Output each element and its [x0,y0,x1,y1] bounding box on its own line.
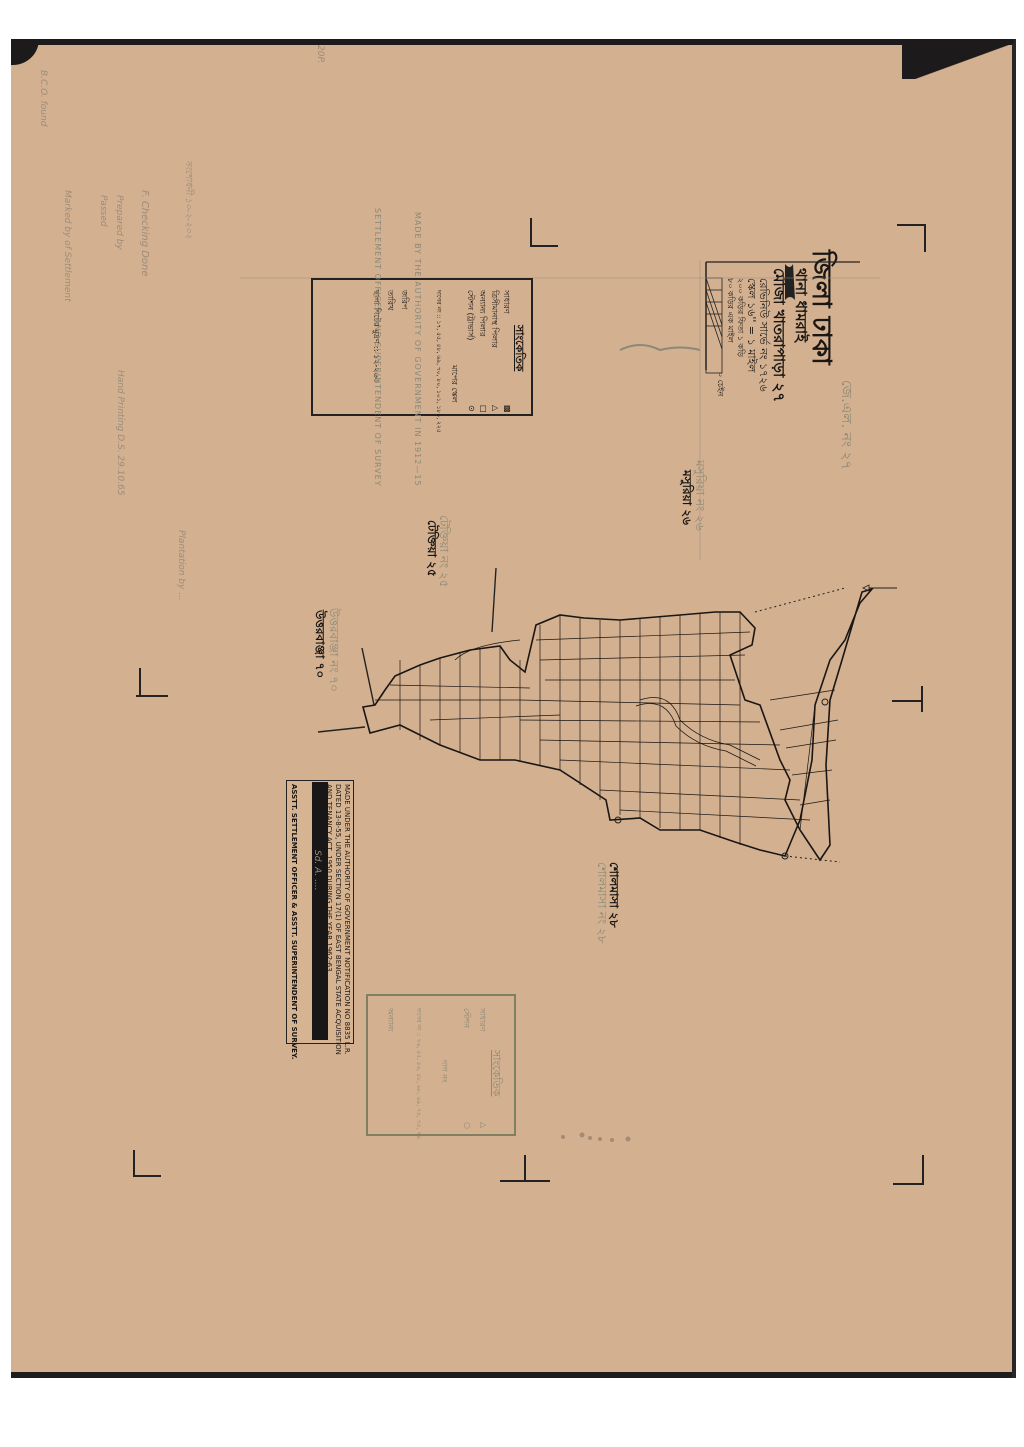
legend-row-3: অন্যান্য পিলার [475,290,488,336]
legend-date-line: তারিখ [383,290,396,310]
adjacent-mouza-faded: টেক্তিয়া নং ২৫ [432,515,452,588]
pencil-note: Marked by of Settlement [62,190,72,302]
pencil-note: 20P. [315,45,325,64]
pencil-note: Passed [98,195,108,227]
certificate-footer: ASSTT. SETTLEMENT OFFICER & ASSTT. SUPER… [290,784,298,1059]
legend2-row-2-symbol: ○ [463,1122,472,1129]
pencil-note: F. Checking Done [139,190,150,277]
legend-row-2: ত্রিসীমানাস্থ পিলার [487,290,500,348]
legend-row-4-symbol: ⊙ [467,405,476,412]
pencil-note: সংশোধনী ১০-২-২০২ [181,160,196,239]
overprint-settlement: SETTLEMENT OFFICER AND SUPERINTENDENT OF… [373,208,382,487]
adjacent-mouza-faded: মসুরিয়া নং ২৬ [688,460,708,531]
pencil-note: Prepared by [114,195,124,250]
legend-row-1-symbol: ▩ [503,405,512,413]
certificate-line-2: DATED 13-8-55, UNDER SECTION 17(1) OF EA… [334,784,342,1055]
legend2-number-line: দাগের নং :: ৭৬, ৫৫, ৫৬, ৫৮, ৬৮, ৬৯, ৭৪, … [413,1008,424,1139]
legend-title: সাংকেতিক [509,325,528,371]
certificate-line-1: MADE UNDER THE AUTHORITY OF GOVERNMENT N… [343,784,351,1055]
adjacent-mouza-faded: শোলমাসা নং ২৮ [590,862,610,944]
legend-row-4: স্টেশন (ট্রাভার্স) [463,290,476,340]
legend2-row-2: স্টেশন [459,1008,472,1028]
legend2-title: সাংকেতিক [486,1050,505,1096]
pencil-note: Hand Printing D.S. 29.10.65 [115,370,125,496]
legend-sub-heading: মাপের স্কেল [447,365,460,402]
certificate-line-3: AND TENANCY ACT, 1950 DURING THE YEAR 19… [325,784,333,974]
legend2-last-line: অন্যান্য [383,1008,396,1031]
pencil-note: B.C.O. found [38,70,48,126]
legend2-row-1: সাধারণ [475,1008,488,1032]
adjacent-mouza-faded: উত্তরবাঞ্জা নং ৭০ [322,608,342,692]
legend-row-3-symbol: □ [479,405,488,413]
legend-survey-line: জরিপ [397,290,410,309]
legend2-row-1-symbol: △ [479,1122,488,1128]
pencil-note: Plantation by ... [176,530,186,601]
legend-drawing-line: দাগের নং :: ১৭, ৫৫, ৫৮, ৬৯, ৭০, ৮০, ১০১,… [433,290,444,433]
overprint-made-by: MADE BY THE AUTHORITY OF GOVERNMENT IN 1… [413,212,422,487]
map-drawing [0,0,1024,1447]
legend-row-2-symbol: △ [491,405,500,411]
certificate-signature: Sd. A. .... [312,850,322,891]
legend-row-1: সাধারণ [499,290,512,314]
legend2-sub-heading: দাগ নং [437,1060,450,1083]
